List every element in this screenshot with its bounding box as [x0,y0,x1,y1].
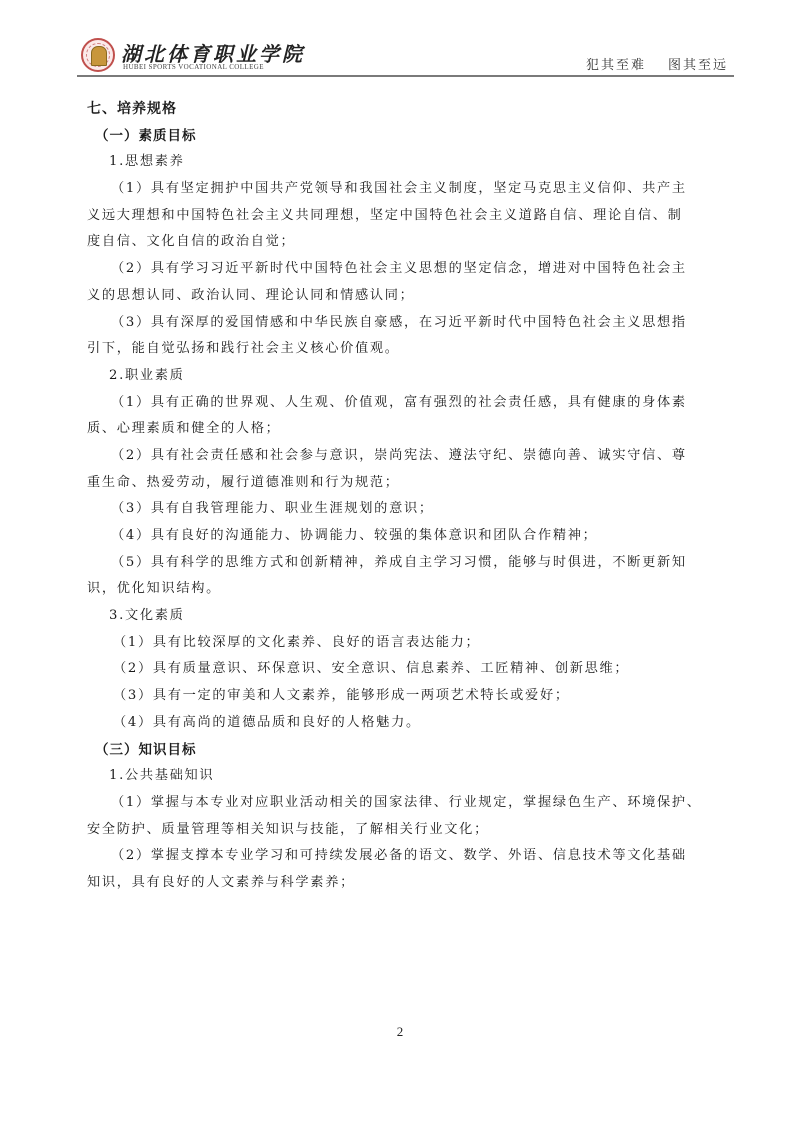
emblem-building [91,46,107,66]
paragraph-line: 引下，能自觉弘扬和践行社会主义核心价值观。 [87,336,717,363]
paragraph-line: 义的思想认同、政治认同、理论认同和情感认同； [87,283,717,310]
header-divider [77,75,734,77]
paragraph-line: （1）具有坚定拥护中国共产党领导和我国社会主义制度，坚定马克思主义信仰、共产主 [87,176,717,203]
paragraph-line: （4）具有高尚的道德品质和良好的人格魅力。 [87,710,717,737]
paragraph-line: 安全防护、质量管理等相关知识与技能，了解相关行业文化； [87,817,717,844]
subsection-heading: （三）知识目标 [87,737,717,764]
motto-part-2: 图其至远 [668,58,728,73]
subsection-heading: （一）素质目标 [87,123,717,150]
section-heading: 七、培养规格 [87,96,717,123]
paragraph-line: （3）具有自我管理能力、职业生涯规划的意识； [87,496,717,523]
paragraph-line: （1）具有正确的世界观、人生观、价值观，富有强烈的社会责任感，具有健康的身体素 [87,390,717,417]
page-number: 2 [0,1024,800,1040]
paragraph-line: 质、心理素质和健全的人格； [87,416,717,443]
paragraph-line: （2）具有质量意识、环保意识、安全意识、信息素养、工匠精神、创新思维； [87,656,717,683]
category-heading: 1.思想素养 [87,149,717,176]
paragraph-line: 知识，具有良好的人文素养与科学素养； [87,870,717,897]
page-header: 湖北体育职业学院 HUBEI SPORTS VOCATIONAL COLLEGE… [77,36,734,78]
paragraph-line: （1）具有比较深厚的文化素养、良好的语言表达能力； [87,630,717,657]
paragraph-line: 识，优化知识结构。 [87,576,717,603]
paragraph-line: （3）具有深厚的爱国情感和中华民族自豪感，在习近平新时代中国特色社会主义思想指 [87,310,717,337]
category-heading: 3.文化素质 [87,603,717,630]
paragraph-line: 度自信、文化自信的政治自觉； [87,229,717,256]
paragraph-line: 重生命、热爱劳动，履行道德准则和行为规范； [87,470,717,497]
paragraph-line: 义远大理想和中国特色社会主义共同理想，坚定中国特色社会主义道路自信、理论自信、制 [87,203,717,230]
motto-part-1: 犯其至难 [586,58,646,73]
paragraph-line: （2）具有学习习近平新时代中国特色社会主义思想的坚定信念，增进对中国特色社会主 [87,256,717,283]
document-body: 七、培养规格 （一）素质目标 1.思想素养 （1）具有坚定拥护中国共产党领导和我… [87,96,717,897]
category-heading: 1.公共基础知识 [87,763,717,790]
college-emblem-icon [81,38,115,72]
paragraph-line: （4）具有良好的沟通能力、协调能力、较强的集体意识和团队合作精神； [87,523,717,550]
paragraph-line: （1）掌握与本专业对应职业活动相关的国家法律、行业规定，掌握绿色生产、环境保护、 [87,790,717,817]
paragraph-line: （2）具有社会责任感和社会参与意识，崇尚宪法、遵法守纪、崇德向善、诚实守信、尊 [87,443,717,470]
paragraph-line: （3）具有一定的审美和人文素养，能够形成一两项艺术特长或爱好； [87,683,717,710]
category-heading: 2.职业素质 [87,363,717,390]
college-name-en: HUBEI SPORTS VOCATIONAL COLLEGE [123,63,264,71]
motto: 犯其至难图其至远 [564,54,728,73]
paragraph-line: （5）具有科学的思维方式和创新精神，养成自主学习习惯，能够与时俱进，不断更新知 [87,550,717,577]
paragraph-line: （2）掌握支撑本专业学习和可持续发展必备的语文、数学、外语、信息技术等文化基础 [87,843,717,870]
